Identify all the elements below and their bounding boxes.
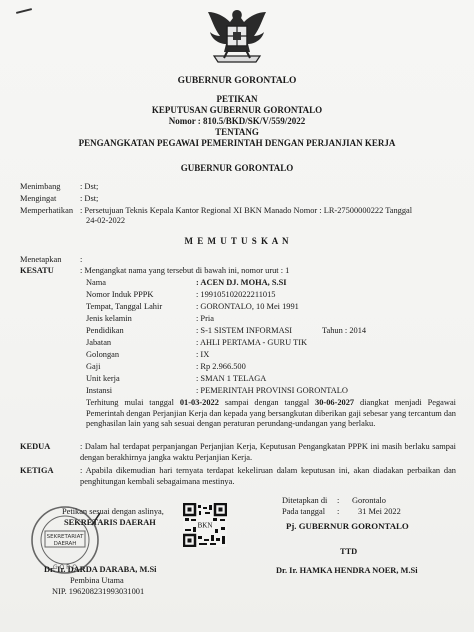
- menimbang-label: Menimbang: [20, 182, 60, 192]
- kedua-text: : Dalam hal terdapat perpanjangan Perjan…: [80, 442, 456, 463]
- qr-label: BKN: [198, 522, 213, 530]
- field-label-ttl: Tempat, Tanggal Lahir: [86, 302, 162, 312]
- field-label-agency: Instansi: [86, 386, 112, 396]
- kedua-label: KEDUA: [20, 442, 50, 452]
- kesatu-paragraph: Terhitung mulai tanggal 01-03-2022 sampa…: [86, 398, 456, 430]
- field-value-unit: : SMAN 1 TELAGA: [196, 374, 266, 384]
- signatory-title: Pj. GUBERNUR GORONTALO: [286, 521, 409, 531]
- field-label-nama: Nama: [86, 278, 106, 288]
- certifier-rank: Pembina Utama: [70, 576, 124, 586]
- svg-text:DAERAH: DAERAH: [54, 541, 77, 547]
- field-label-gender: Jenis kelamin: [86, 314, 132, 324]
- decision-heading: M E M U T U S K A N: [0, 236, 474, 247]
- enact-date-sep: :: [337, 507, 339, 517]
- end-date: 30-06-2027: [315, 398, 354, 407]
- issuer-heading: GUBERNUR GORONTALO: [0, 76, 474, 87]
- signatory-name: Dr. Ir. HAMKA HENDRA NOER, M.Si: [276, 566, 418, 576]
- mengingat-value: : Dst;: [80, 194, 98, 204]
- field-value-education-year: Tahun : 2014: [322, 326, 366, 336]
- field-value-gender: : Pria: [196, 314, 214, 324]
- field-label-nip: Nomor Induk PPPK: [86, 290, 153, 300]
- field-label-unit: Unit kerja: [86, 374, 120, 384]
- field-label-salary: Gaji: [86, 362, 100, 372]
- issuer-repeat: GUBERNUR GORONTALO: [0, 163, 474, 174]
- menetapkan-label: Menetapkan: [20, 255, 61, 265]
- enact-date: 31 Mei 2022: [358, 507, 401, 517]
- about-label: TENTANG: [0, 127, 474, 138]
- enact-place-label: Ditetapkan di: [282, 496, 327, 506]
- field-value-salary: : Rp 2.966.500: [196, 362, 246, 372]
- field-value-grade: : IX: [196, 350, 209, 360]
- memperhatikan-value-cont: 24-02-2022: [86, 216, 125, 226]
- field-value-ttl: : GORONTALO, 10 Mei 1991: [196, 302, 299, 312]
- doc-type: PETIKAN: [0, 94, 474, 105]
- menimbang-value: : Dst;: [80, 182, 98, 192]
- ttd-mark: TTD: [340, 547, 357, 557]
- decree-document: GUBERNUR GORONTALO PETIKAN KEPUTUSAN GUB…: [0, 0, 474, 632]
- certifier-nip: NIP. 196208231993031001: [52, 587, 144, 597]
- start-date: 01-03-2022: [180, 398, 219, 407]
- enact-place-sep: :: [337, 496, 339, 506]
- decree-number: Nomor : 810.5/BKD/SK/V/559/2022: [0, 116, 474, 127]
- ketiga-text: : Apabila dikemudian hari ternyata terda…: [80, 466, 456, 487]
- field-label-position: Jabatan: [86, 338, 111, 348]
- decree-title: KEPUTUSAN GUBERNUR GORONTALO: [0, 105, 474, 116]
- decree-subject: PENGANGKATAN PEGAWAI PEMERINTAH DENGAN P…: [0, 138, 474, 149]
- pen-mark: [16, 8, 32, 14]
- memperhatikan-label: Memperhatikan: [20, 206, 73, 216]
- menetapkan-value: :: [80, 255, 82, 265]
- kesatu-intro: : Mengangkat nama yang tersebut di bawah…: [80, 266, 289, 276]
- field-label-grade: Golongan: [86, 350, 119, 360]
- field-value-education: : S-1 SISTEM INFORMASI: [196, 326, 292, 336]
- certifier-name: Dr. Ir. DARDA DARABA, M.Si: [44, 565, 156, 575]
- field-label-education: Pendidikan: [86, 326, 124, 336]
- memperhatikan-value: : Persetujuan Teknis Kepala Kantor Regio…: [80, 206, 460, 216]
- ketiga-label: KETIGA: [20, 466, 54, 476]
- field-value-nama: : ACEN DJ. MOHA, S.SI: [196, 278, 287, 288]
- qr-code-icon[interactable]: BKN: [183, 503, 227, 547]
- mengingat-label: Mengingat: [20, 194, 56, 204]
- kesatu-label: KESATU: [20, 266, 54, 276]
- svg-text:SEKRETARIAT: SEKRETARIAT: [47, 534, 84, 540]
- field-value-nip: : 199105102022211015: [196, 290, 275, 300]
- garuda-emblem-icon: [200, 6, 274, 68]
- field-value-position: : AHLI PERTAMA - GURU TIK: [196, 338, 307, 348]
- enact-date-label: Pada tanggal: [282, 507, 325, 517]
- field-value-agency: : PEMERINTAH PROVINSI GORONTALO: [196, 386, 348, 396]
- enact-place: Gorontalo: [352, 496, 386, 506]
